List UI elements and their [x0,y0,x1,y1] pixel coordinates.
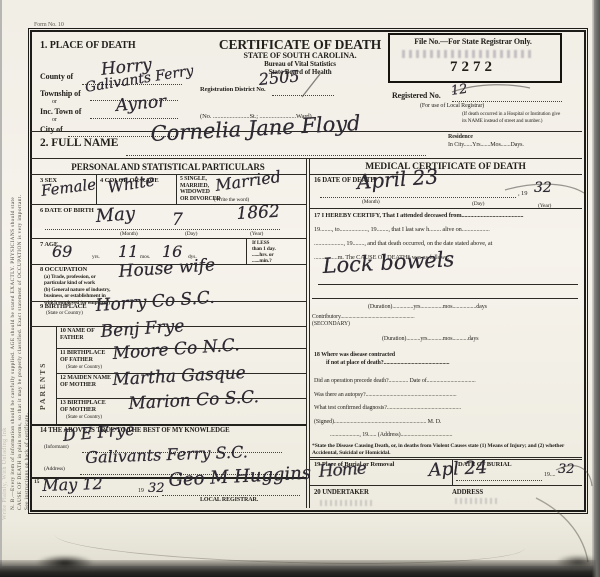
rule-above-burial [309,457,582,458]
date-of-burial-value-handwritten: Apl 24 [428,457,488,481]
township-label: Township of [40,90,81,99]
undertaker-faint-stamp [320,500,372,506]
color-marital-divider [176,174,177,204]
registrar-line [162,495,300,496]
margin-note-line1: N. B.—Every item of information should b… [10,50,16,510]
mother-birthplace-label: 13 BIRTHPLACE OF MOTHER [60,400,106,414]
contributory-label: Contributory............................… [312,314,415,320]
local-registrar-label: LOCAL REGISTRAR. [200,497,258,504]
father-birthplace-label: 11 BIRTHPLACE OF FATHER [60,350,105,364]
rule-row19-bottom [309,485,582,486]
inc-town-label: Inc. Town of [40,108,81,117]
occupation-label: 8 OCCUPATION [40,266,87,273]
disease-contracted-line-1: 18 Where was disease contracted [314,352,395,359]
place-of-death-heading: 1. PLACE OF DEATH [40,40,136,51]
undertaker-label: 20 UNDERTAKER [314,489,369,497]
scan-right-edge [592,0,600,577]
form-number: Form No. 10 [34,22,64,29]
secondary-label: (SECONDARY) [312,321,350,327]
filed-row-number: 15 [34,479,39,485]
age-months-handwritten: 11 [118,242,138,261]
undertaker-address-label: ADDRESS [452,489,483,497]
residence-fields: In City......Yrs.......Mos.......Days. [448,142,524,149]
mother-birthplace-hint: (State or Country) [66,415,102,421]
informant-address-label: (Address) [44,466,65,472]
rule-row16-bottom [309,208,582,209]
operation-question: Did an operation precede death?.........… [314,378,476,385]
death-year-handwritten: 32 [534,180,552,196]
certify-line-2: 19........, to..................., 19...… [314,226,490,233]
certificate-title: CERTIFICATE OF DEATH [195,37,405,52]
informant-label: (Informant) [44,444,69,450]
rule-row6-bottom [30,238,306,239]
margin-note-line2: CAUSE OF DEATH in plain terms, so that i… [17,50,23,510]
father-name-label: 10 NAME OF FATHER [60,328,95,342]
registered-no-label: Registered No. [392,92,441,101]
birth-month-handwritten: May [95,203,136,227]
dob-year-hint: (Year) [250,231,263,237]
inc-town-line [90,118,178,119]
or-word-1: or [52,99,57,106]
mother-maiden-name-label: 12 MAIDEN NAME OF MOTHER [60,375,111,389]
marital-status-hint: (Write the word) [214,197,249,203]
dod-day-hint: (Day) [472,201,484,207]
filed-line [40,496,158,497]
cause-rule-2 [312,298,578,299]
filed-date-handwritten: May 12 [42,474,103,495]
certify-line-3: ...................., 19........, and th… [314,240,492,247]
registered-no-line [452,101,562,102]
parents-strip-divider [56,326,57,424]
column-divider-outer [306,158,307,508]
filed-year-handwritten: 32 [148,481,165,496]
full-name-label: 2. FULL NAME [40,137,118,150]
dod-month-hint: (Month) [362,199,380,205]
dod-19-printed: , 19 [518,190,527,197]
faint-stamp [402,50,532,58]
disease-contracted-line-2: if not at place of death?...............… [326,360,449,367]
burial-19-printed: 19.... [544,472,555,479]
margin-faint-note: Write Plainly, With Unfading Ink [2,120,8,520]
death-certificate-scan: Write Plainly, With Unfading Ink N. B.—E… [0,0,600,577]
dob-month-hint: (Month) [120,231,138,237]
or-word-2: or [52,117,57,124]
cause-rule-1 [318,284,578,285]
parents-label: PARENTS [38,344,47,410]
registered-no-value-handwritten: 12 [450,82,468,99]
scan-dark-blob-left [26,552,104,574]
place-of-burial-value-handwritten: Home [318,459,367,482]
age-yrs-hint: yrs. [92,254,100,260]
registered-no-note: (For use of Local Registrar) [420,103,484,110]
birth-day-handwritten: 7 [172,210,183,230]
age-ifless-divider [246,238,247,264]
dob-day-hint: (Day) [185,231,197,237]
file-number-value: 7272 [390,59,556,76]
right-header-rule [309,174,582,175]
duration-line-2: (Duration)..........yrs...........mos...… [382,336,478,343]
dod-line [320,197,516,198]
filed-19-printed: 19 [138,488,144,495]
dob-line [45,229,280,230]
duration-line-1: (Duration)...............yrs............… [368,304,487,311]
certify-line-1: 17 I HEREBY CERTIFY, That I attended dec… [314,212,523,219]
county-label: County of [40,73,73,82]
if-less-than-one-day-note: If LESS than 1 day. ......hrs. or ......… [252,240,276,264]
sex-color-divider [96,174,97,204]
birth-year-handwritten: 1862 [236,202,280,224]
residence-label: Residence [448,134,473,141]
autopsy-question: Was there an autopsy?...................… [314,392,457,399]
signed-date-address-line: ....................., 19...... (Address… [330,432,452,439]
right-column-header: MEDICAL CERTIFICATE OF DEATH [309,162,582,173]
burial-date-line [456,480,542,481]
age-years-handwritten: 69 [52,242,72,261]
violent-causes-footnote: *State the Disease Causing Death, or, in… [312,443,580,457]
column-divider-inner [309,158,310,508]
registration-district-line [272,95,334,96]
file-box-label: File No.—For State Registrar Only. [390,38,556,47]
burial-year-handwritten: 32 [558,462,575,477]
birthplace-hint: (State or Country) [46,311,83,317]
board-subtitle: State Board of Health [195,69,405,77]
father-birthplace-hint: (State or Country) [66,365,102,371]
occupation-a-label: (a) Trade, profession, or particular kin… [44,274,96,287]
address-faint-stamp [455,498,497,504]
hospital-note: (If death occurred in a Hospital or Inst… [462,111,566,124]
registration-district-value-handwritten: 2505 [258,66,300,88]
registration-district-label: Registration District No. [200,86,266,93]
signed-line: (Signed)................................… [314,419,441,426]
full-name-line [126,155,426,156]
date-of-birth-label: 6 DATE OF BIRTH [40,207,94,214]
test-question: What test confirmed diagnosis?..........… [314,405,461,412]
